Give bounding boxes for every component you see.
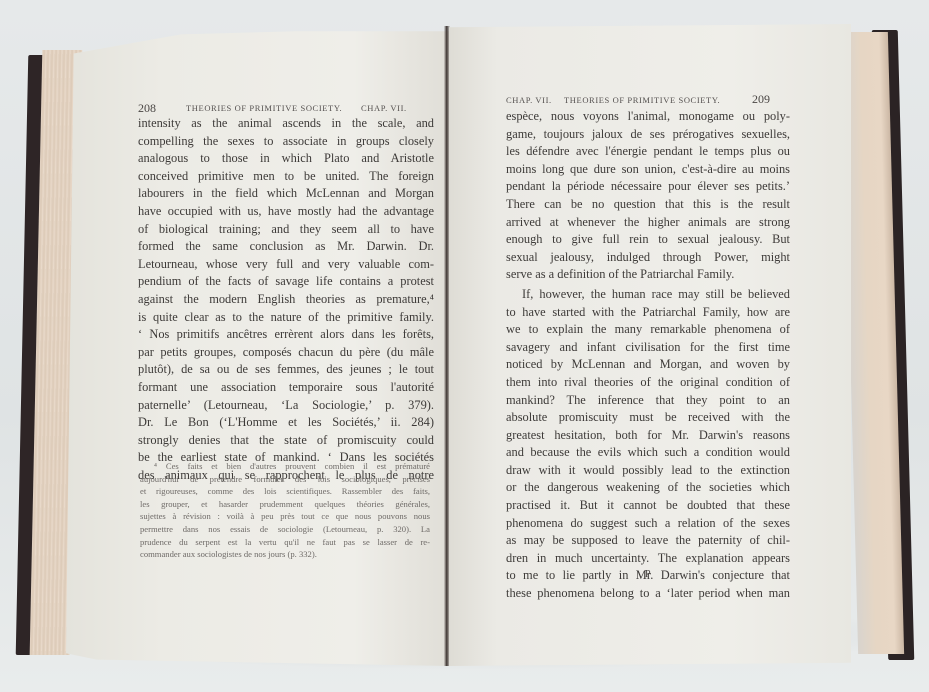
body-line: formed the same conclusion as Mr. Darwin…	[138, 238, 434, 256]
body-line: them into rival theories of the original…	[506, 374, 790, 392]
body-line: game, toujours jaloux de ses prérogative…	[506, 126, 790, 144]
body-line: espèce, nous voyons l'animal, monogame o…	[506, 108, 790, 126]
body-line: dren in much uncertainty. The explanatio…	[506, 550, 790, 568]
footnote-line: commander aux sociologistes de nos jours…	[140, 548, 430, 561]
body-line: formant une association temporaire sous …	[138, 379, 434, 397]
body-line: Dr. Le Bon (‘L'Homme et les Sociétés,’ i…	[138, 414, 434, 432]
body-line: pendium of the facts of savage life cont…	[138, 273, 434, 291]
right-page-number: 209	[752, 92, 770, 107]
left-running-head-chapter: CHAP. VII.	[361, 103, 407, 113]
body-line: ‘ Nos primitifs ancêtres errèrent alors …	[138, 326, 434, 344]
body-line: plutôt), de sa ou de ses femmes, des jeu…	[138, 361, 434, 379]
footnote-line: permettre dans nos essais de sociologie …	[140, 523, 430, 536]
left-running-head-title: THEORIES OF PRIMITIVE SOCIETY.	[186, 103, 342, 113]
body-line: noticed by McLennan and Morgan, and wove…	[506, 356, 790, 374]
body-line: of biological training; and they seem al…	[138, 221, 434, 239]
left-page-number: 208	[138, 101, 156, 116]
right-page-body-text: espèce, nous voyons l'animal, monogame o…	[506, 108, 790, 603]
body-line: against the modern English theories as p…	[138, 291, 434, 309]
body-line: If, however, the human race may still be…	[506, 286, 790, 304]
body-line: analogous to those in which Plato and Ar…	[138, 150, 434, 168]
body-line: and because the evils which such a condi…	[506, 444, 790, 462]
body-line: enough to give full rein to sexual jealo…	[506, 231, 790, 249]
body-line: serve as a definition of the Patriarchal…	[506, 266, 790, 284]
body-line: There can be no question that this is th…	[506, 196, 790, 214]
body-line: draw with it would possibly lead to the …	[506, 462, 790, 480]
body-line: these phenomena belong to a ‘later perio…	[506, 585, 790, 603]
body-line: sexual jealousy, indulged through Power,…	[506, 249, 790, 267]
body-line: intensity as the animal ascends in the s…	[138, 115, 434, 133]
footnote-line: ⁴ Ces faits et bien d'autres prouvent co…	[140, 460, 430, 473]
footnote-line: les grouper, et hasarder prudemment quel…	[140, 498, 430, 511]
body-line: phenomena do suggest such a relation of …	[506, 515, 790, 533]
footnote-line: aujourd'hui de prétendre formuler des lo…	[140, 473, 430, 486]
left-page-footnote: ⁴ Ces faits et bien d'autres prouvent co…	[140, 460, 430, 561]
footnote-line: et rigoureuses, comme des lois scientifi…	[140, 485, 430, 498]
footnote-line: prudence du serpent est la vertu qu'il n…	[140, 536, 430, 549]
body-line: as may be supposed to leave the paternit…	[506, 532, 790, 550]
right-running-head-chapter: CHAP. VII.	[506, 95, 552, 105]
body-line: practised it. But it cannot be doubted t…	[506, 497, 790, 515]
left-page-body-text: intensity as the animal ascends in the s…	[138, 115, 434, 484]
body-line: or the dangerous weakening of the societ…	[506, 479, 790, 497]
photo-scene: 208 THEORIES OF PRIMITIVE SOCIETY. CHAP.…	[0, 0, 929, 692]
body-line: moins long que dure son union, c'est-à-d…	[506, 161, 790, 179]
body-line: have occupied with us, have mostly had t…	[138, 203, 434, 221]
right-running-head-title: THEORIES OF PRIMITIVE SOCIETY.	[564, 95, 720, 105]
body-line: par petits groupes, composés chacun du p…	[138, 344, 434, 362]
body-line: is quite clear as to the nature of the p…	[138, 309, 434, 327]
body-line: strongly denies that the state of promis…	[138, 432, 434, 450]
footnote-line: sujettes à révision : voilà à peu près t…	[140, 510, 430, 523]
body-line: greatest hesitation, both for Mr. Darwin…	[506, 427, 790, 445]
printer-signature-mark: P	[645, 569, 651, 580]
body-line: les défendre avec l'énergie pendant le t…	[506, 143, 790, 161]
body-line: paternelle’ (Letourneau, ‘La Sociologie,…	[138, 397, 434, 415]
body-line: compelling the sexes to associate in gro…	[138, 133, 434, 151]
body-line: we to explain the many remarkable phenom…	[506, 321, 790, 339]
body-line: labourers in the field which McLennan an…	[138, 185, 434, 203]
body-line: arrived at whenever the higher animals a…	[506, 214, 790, 232]
body-line: pendant la période nécessaire pour éleve…	[506, 178, 790, 196]
body-line: conceived primitive men to be united. Th…	[138, 168, 434, 186]
body-line: absolute promiscuity must be received wi…	[506, 409, 790, 427]
body-line: Letourneau, whose very full and very val…	[138, 256, 434, 274]
body-line: to have started with the Patriarchal Fam…	[506, 304, 790, 322]
body-line: savagery and infant civilisation for the…	[506, 339, 790, 357]
body-line: mankind? The inference that they point t…	[506, 392, 790, 410]
